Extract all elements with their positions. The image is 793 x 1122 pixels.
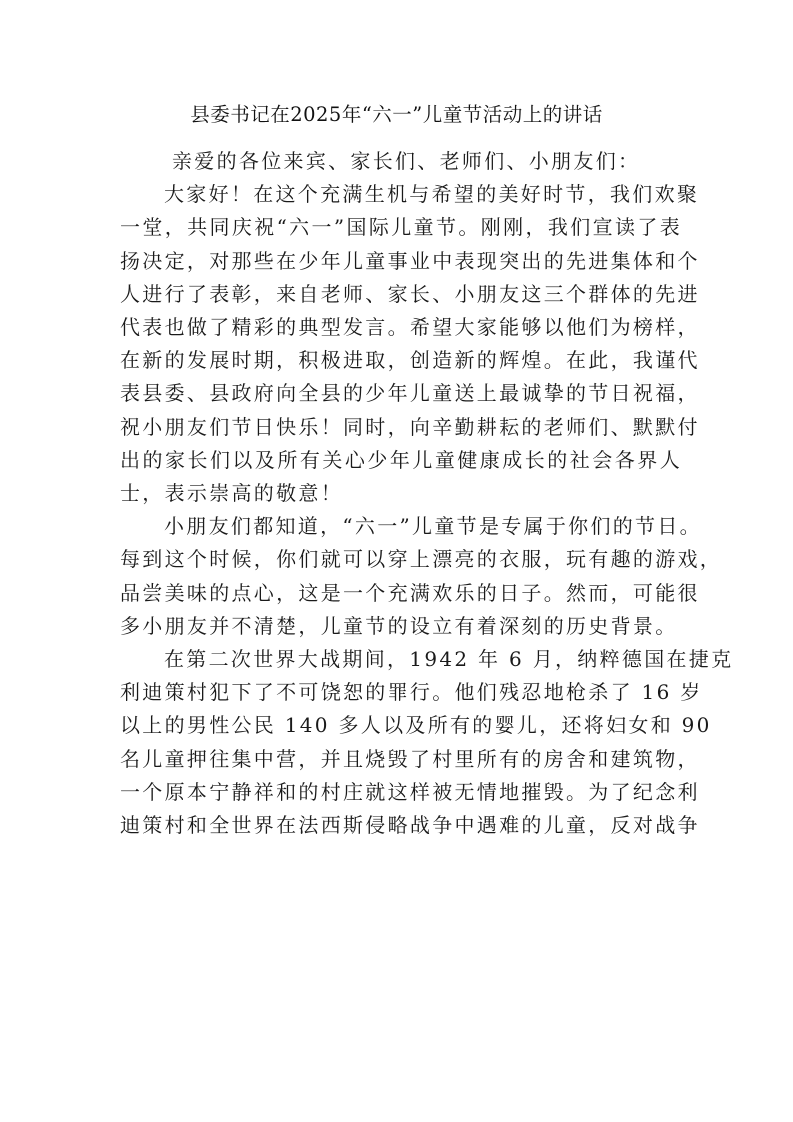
text-line: 每到这个时候，你们就可以穿上漂亮的衣服，玩有趣的游戏，	[76, 543, 682, 576]
text-line: 在新的发展时期，积极进取，创造新的辉煌。在此，我谨代	[76, 344, 682, 377]
paragraph-greeting: 大家好！在这个充满生机与希望的美好时节，我们欢聚 一堂，共同庆祝“六一”国际儿童…	[120, 178, 682, 510]
text-line: 出的家长们以及所有关心少年儿童健康成长的社会各界人	[76, 444, 682, 477]
paragraph-history: 在第二次世界大战期间，1942 年 6 月，纳粹德国在捷克 利迪策村犯下了不可饶…	[120, 643, 682, 842]
text-line: 表县委、县政府向全县的少年儿童送上最诚挚的节日祝福，	[76, 377, 682, 410]
text-line: 迪策村和全世界在法西斯侵略战争中遇难的儿童，反对战争	[76, 809, 682, 842]
text-line: 多小朋友并不清楚，儿童节的设立有着深刻的历史背景。	[76, 610, 682, 643]
text-line: 名儿童押往集中营，并且烧毁了村里所有的房舍和建筑物，	[76, 743, 682, 776]
text-line: 士，表示崇高的敬意！	[76, 477, 682, 510]
text-line: 人进行了表彰，来自老师、家长、小朋友这三个群体的先进	[76, 278, 682, 311]
text-line: 利迪策村犯下了不可饶恕的罪行。他们残忍地枪杀了 16 岁	[76, 676, 682, 709]
text-line: 一堂，共同庆祝“六一”国际儿童节。刚刚，我们宣读了表	[76, 211, 682, 244]
text-line: 扬决定，对那些在少年儿童事业中表现突出的先进集体和个	[76, 245, 682, 278]
text-line: 大家好！在这个充满生机与希望的美好时节，我们欢聚	[120, 178, 682, 211]
text-line: 代表也做了精彩的典型发言。希望大家能够以他们为榜样，	[76, 311, 682, 344]
text-line: 祝小朋友们节日快乐！同时，向辛勤耕耘的老师们、默默付	[76, 411, 682, 444]
text-line: 小朋友们都知道，“六一”儿童节是专属于你们的节日。	[120, 510, 682, 543]
paragraph-childrens-day: 小朋友们都知道，“六一”儿童节是专属于你们的节日。 每到这个时候，你们就可以穿上…	[120, 510, 682, 643]
document-title: 县委书记在2025年“六一”儿童节活动上的讲话	[0, 103, 793, 127]
document-page: 县委书记在2025年“六一”儿童节活动上的讲话 亲爱的各位来宾、家长们、老师们、…	[0, 0, 793, 1122]
text-line: 以上的男性公民 140 多人以及所有的婴儿，还将妇女和 90	[76, 709, 682, 742]
text-line: 品尝美味的点心，这是一个充满欢乐的日子。然而，可能很	[76, 577, 682, 610]
text-line: 在第二次世界大战期间，1942 年 6 月，纳粹德国在捷克	[120, 643, 682, 676]
document-body: 亲爱的各位来宾、家长们、老师们、小朋友们： 大家好！在这个充满生机与希望的美好时…	[120, 145, 682, 842]
text-line: 一个原本宁静祥和的村庄就这样被无情地摧毁。为了纪念利	[76, 776, 682, 809]
salutation: 亲爱的各位来宾、家长们、老师们、小朋友们：	[120, 145, 682, 178]
